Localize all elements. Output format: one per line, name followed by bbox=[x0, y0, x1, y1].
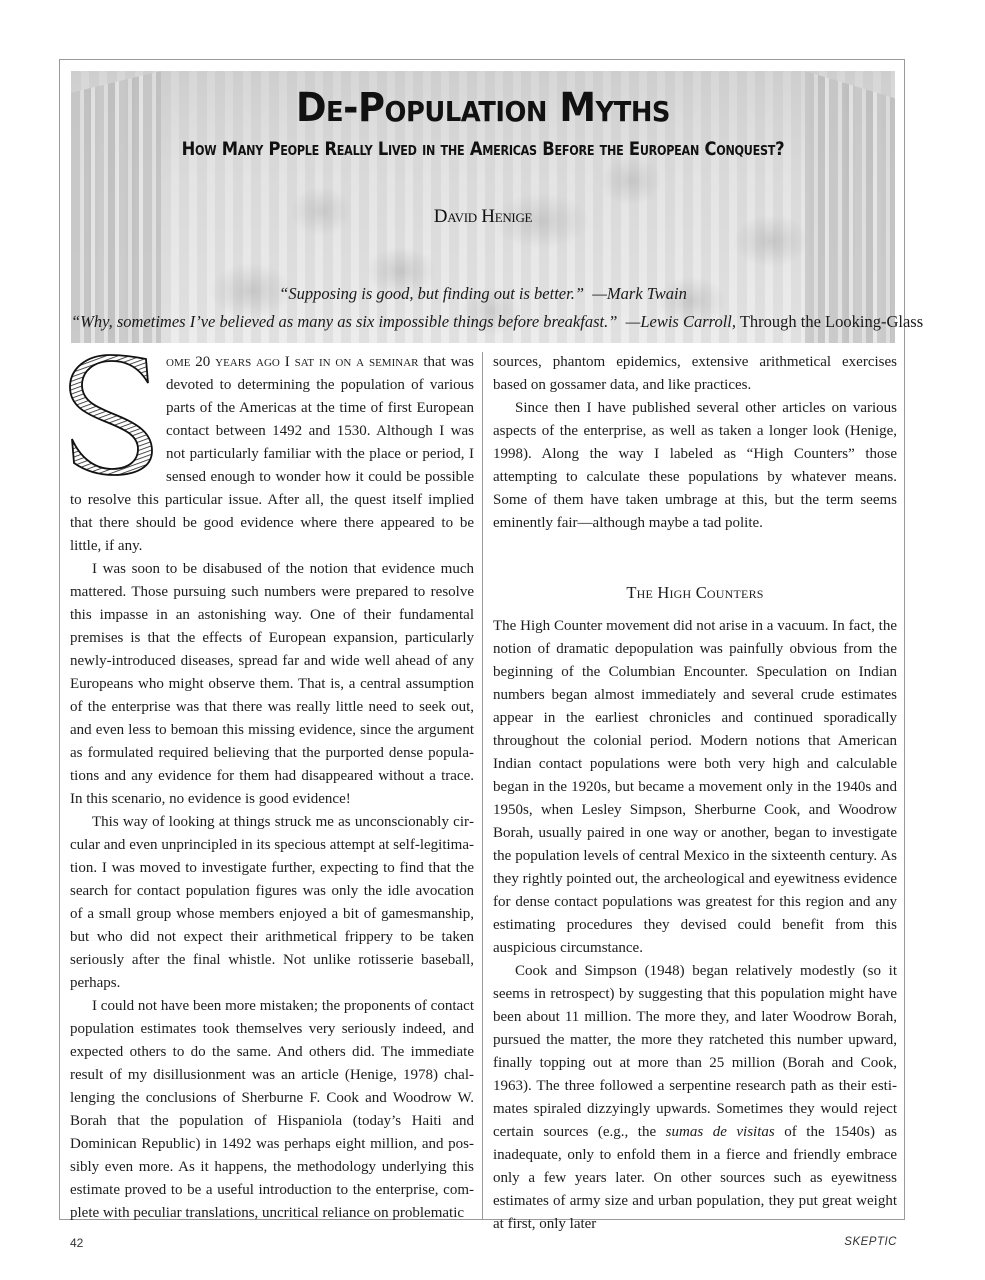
epigraph-attribution: —Lewis Carroll, bbox=[626, 312, 736, 331]
paragraph: This way of looking at things struck me … bbox=[70, 811, 474, 995]
paragraph: ome 20 years ago I sat in on a seminar t… bbox=[70, 351, 474, 558]
drop-cap-s-icon bbox=[66, 353, 158, 477]
paragraph: I could not have been more mistaken; the… bbox=[70, 995, 474, 1225]
paragraph: I was soon to be disabused of the notion… bbox=[70, 558, 474, 811]
article-column-right: sources, phantom epidemics, extensive ar… bbox=[493, 351, 897, 1236]
epigraph-twain: “Supposing is good, but finding out is b… bbox=[71, 284, 895, 304]
epigraph-carroll: “Why, sometimes I’ve believed as many as… bbox=[71, 312, 895, 332]
section-heading: The High Counters bbox=[493, 581, 897, 605]
epigraph-quote: “Why, sometimes I’ve believed as many as… bbox=[71, 312, 617, 331]
paragraph: Cook and Simpson (1948) began relatively… bbox=[493, 960, 897, 1236]
italic-term: sumas de visitas bbox=[666, 1124, 775, 1140]
article-title: De-Population Myths bbox=[104, 84, 862, 132]
paragraph: sources, phantom epidemics, extensive ar… bbox=[493, 351, 897, 397]
column-divider bbox=[482, 352, 483, 1220]
epigraph-source: Through the Looking-Glass bbox=[740, 312, 923, 331]
paragraph: Since then I have published several othe… bbox=[493, 397, 897, 535]
article-column-left: ome 20 years ago I sat in on a seminar t… bbox=[70, 351, 474, 1225]
magazine-name: SKEPTIC bbox=[844, 1236, 897, 1248]
opening-smallcaps: ome 20 years ago I sat in on a seminar bbox=[166, 354, 418, 370]
epigraph-quote: “Supposing is good, but finding out is b… bbox=[279, 284, 584, 303]
paragraph: The High Counter movement did not arise … bbox=[493, 615, 897, 960]
article-subtitle: How Many People Really Lived in the Amer… bbox=[129, 137, 838, 161]
article-author: David Henige bbox=[71, 206, 895, 228]
page-number: 42 bbox=[70, 1236, 83, 1250]
epigraph-attribution: —Mark Twain bbox=[592, 284, 687, 303]
